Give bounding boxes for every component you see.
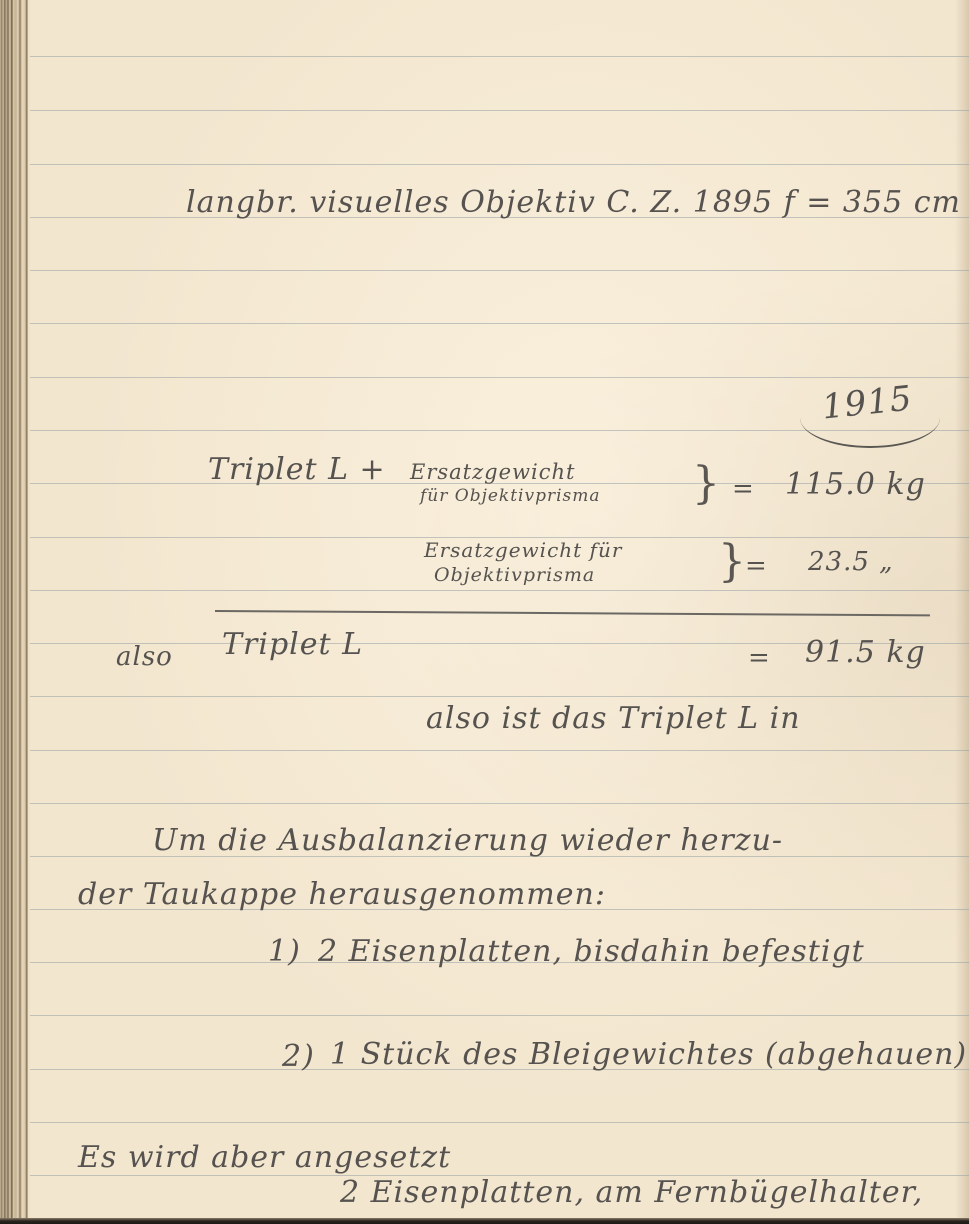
stacked-page-edges (0, 0, 30, 1224)
page-bottom-edge (0, 1218, 969, 1224)
calc-line2-value: 23.5 „ (808, 549, 894, 575)
footer-line1: Es wird aber angesetzt (78, 1143, 451, 1173)
paragraph-line2: der Taukappe herausgenommen: (78, 880, 606, 910)
result-label: Triplet L (222, 630, 363, 660)
list-item-marker: 1) (268, 937, 301, 967)
result-equals: = (748, 645, 771, 671)
list-item-text: 1 Stück des Bleigewichtes (abgehauen) (330, 1040, 967, 1070)
calc-line1-value: 115.0 kg (785, 470, 926, 500)
list-item-marker: 2) (282, 1042, 315, 1072)
calc-line2-equals: = (745, 553, 768, 579)
paragraph-line1: Um die Ausbalanzierung wieder herzu- (152, 826, 783, 856)
year-underline-arc (800, 400, 940, 448)
list-item-text: 2 Eisenplatten, bisdahin befestigt (318, 937, 865, 967)
calc-line1-label: Triplet L + (208, 455, 386, 485)
ruled-line (30, 1015, 969, 1016)
ruled-line (30, 323, 969, 324)
calc-line1-equals: = (732, 476, 755, 502)
conclusion-text: also ist das Triplet L in (426, 704, 801, 734)
calc-line2-sub-top: Ersatzgewicht für (424, 540, 622, 560)
ruled-line (30, 696, 969, 697)
result-value: 91.5 kg (805, 638, 926, 668)
brace-icon: } (692, 462, 720, 506)
result-prefix: also (116, 644, 173, 670)
ruled-line (30, 1122, 969, 1123)
ruled-line (30, 56, 969, 57)
calc-line1-sub-top: Ersatzgewicht (410, 462, 575, 483)
ruled-line (30, 750, 969, 751)
sum-underline (215, 610, 930, 616)
calc-line2-sub-bottom: Objektivprisma (434, 566, 595, 585)
brace-icon: } (718, 540, 746, 584)
ruled-line (30, 377, 969, 378)
ruled-line (30, 803, 969, 804)
ruled-line (30, 164, 969, 165)
footer-line2: 2 Eisenplatten, am Fernbügelhalter, (340, 1178, 923, 1208)
ruled-line (30, 110, 969, 111)
ruled-line (30, 270, 969, 271)
notebook-page: langbr. visuelles Objektiv C. Z. 1895 f … (0, 0, 969, 1224)
heading-objective: langbr. visuelles Objektiv C. Z. 1895 f … (186, 188, 961, 218)
ruled-line (30, 590, 969, 591)
calc-line1-sub-bottom: für Objektivprisma (420, 488, 601, 505)
